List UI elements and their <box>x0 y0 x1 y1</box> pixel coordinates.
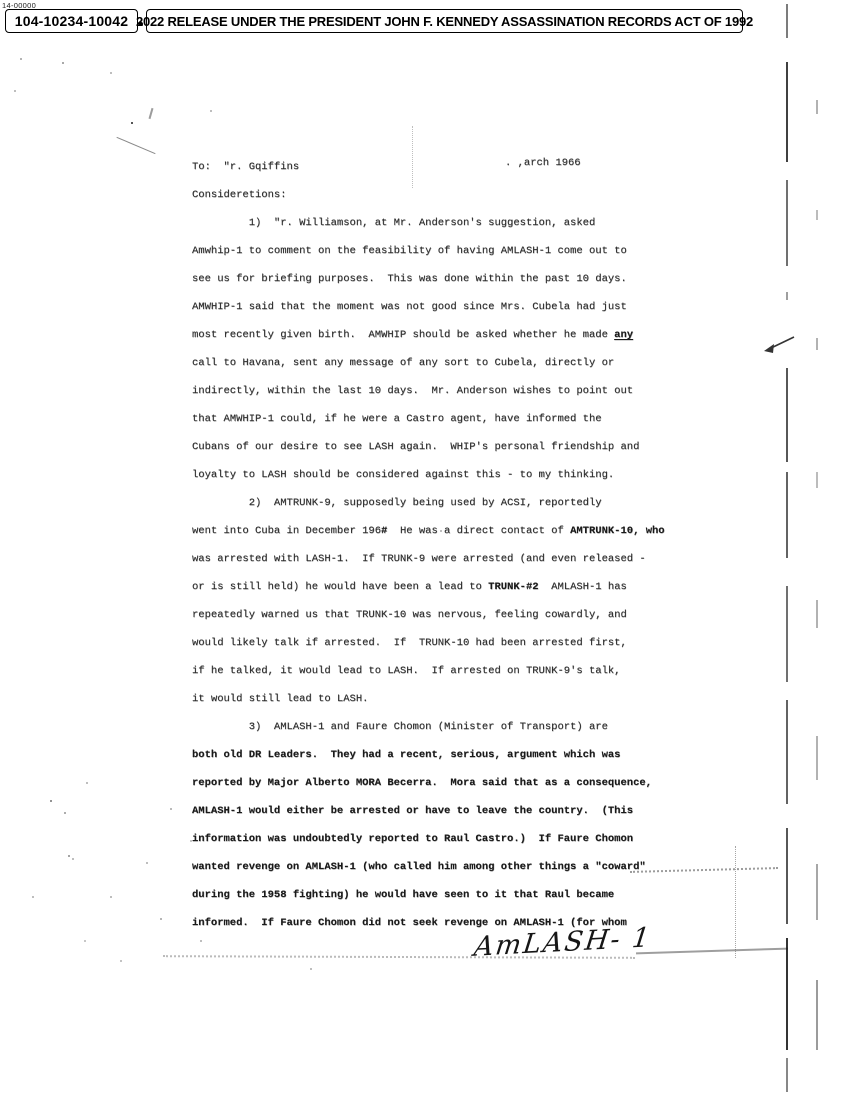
typed-line: 1) "r. Williamson, at Mr. Anderson's sug… <box>192 209 792 237</box>
typed-line: loyalty to LASH should be considered aga… <box>192 461 792 489</box>
typed-line: both old DR Leaders. They had a recent, … <box>192 741 792 769</box>
typed-line: or is still held) he would have been a l… <box>192 573 792 601</box>
stray-dot <box>131 122 133 124</box>
margin-arrow-icon <box>764 333 796 357</box>
typed-line: indirectly, within the last 10 days. Mr.… <box>192 377 792 405</box>
typed-line: reported by Major Alberto MORA Becerra. … <box>192 769 792 797</box>
typed-line: see us for briefing purposes. This was d… <box>192 265 792 293</box>
edge-tick <box>816 210 818 220</box>
typed-line: AMLASH-1 would either be arrested or hav… <box>192 797 792 825</box>
typed-line: repeatedly warned us that TRUNK-10 was n… <box>192 601 792 629</box>
typed-line: 2) AMTRUNK-9, supposedly being used by A… <box>192 489 792 517</box>
document-id-box: 104-10234-10042 <box>5 9 138 33</box>
typed-line: went into Cuba in December 196# He was a… <box>192 517 792 545</box>
edge-line-segment <box>786 62 788 162</box>
typed-line: information was undoubtedly reported to … <box>192 825 792 853</box>
edge-tick <box>816 736 818 780</box>
typed-document: To: "r. GqiffinsConsideretions: 1) "r. W… <box>192 153 792 937</box>
bottom-smudge-dark <box>636 948 788 955</box>
typed-line: 3) AMLASH-1 and Faure Chomon (Minister o… <box>192 713 792 741</box>
edge-line-segment <box>786 4 788 38</box>
typed-line: most recently given birth. AMWHIP should… <box>192 321 792 349</box>
edge-line-segment <box>786 938 788 1050</box>
typed-line: during the 1958 fighting) he would have … <box>192 881 792 909</box>
edge-tick <box>816 600 818 628</box>
edge-tick <box>816 100 818 114</box>
edge-line-segment <box>786 586 788 682</box>
edge-line-segment <box>786 292 788 300</box>
edge-tick <box>816 980 818 1050</box>
edge-line-segment <box>786 368 788 462</box>
document-id: 104-10234-10042 <box>15 13 129 29</box>
typed-line: Cubans of our desire to see LASH again. … <box>192 433 792 461</box>
edge-line-segment <box>786 700 788 804</box>
edge-line-segment <box>786 1058 788 1092</box>
edge-line-segment <box>786 828 788 924</box>
edge-line-segment <box>786 472 788 558</box>
typed-line: that AMWHIP-1 could, if he were a Castro… <box>192 405 792 433</box>
typed-line: Amwhip-1 to comment on the feasibility o… <box>192 237 792 265</box>
typed-line: if he talked, it would lead to LASH. If … <box>192 657 792 685</box>
scan-speckles <box>50 800 52 802</box>
edge-tick <box>816 472 818 488</box>
typed-line: AMWHIP-1 said that the moment was not go… <box>192 293 792 321</box>
release-banner-box: 2022 RELEASE UNDER THE PRESIDENT JOHN F.… <box>146 9 743 33</box>
typed-line: To: "r. Gqiffins <box>192 153 792 181</box>
release-banner-text: 2022 RELEASE UNDER THE PRESIDENT JOHN F.… <box>136 14 753 29</box>
edge-tick <box>816 864 818 920</box>
edge-line-segment <box>786 180 788 266</box>
scanned-document-page: { "page": { "corner_code": "14-00000", "… <box>0 0 843 1096</box>
typed-line: wanted revenge on AMLASH-1 (who called h… <box>192 853 792 881</box>
edge-tick <box>816 338 818 350</box>
typed-line: Consideretions: <box>192 181 792 209</box>
typed-line: call to Havana, sent any message of any … <box>192 349 792 377</box>
stray-mark <box>149 108 154 119</box>
typed-line: it would still lead to LASH. <box>192 685 792 713</box>
pencil-diagonal-mark <box>116 137 155 154</box>
typed-line: was arrested with LASH-1. If TRUNK-9 wer… <box>192 545 792 573</box>
typed-line: would likely talk if arrested. If TRUNK-… <box>192 629 792 657</box>
